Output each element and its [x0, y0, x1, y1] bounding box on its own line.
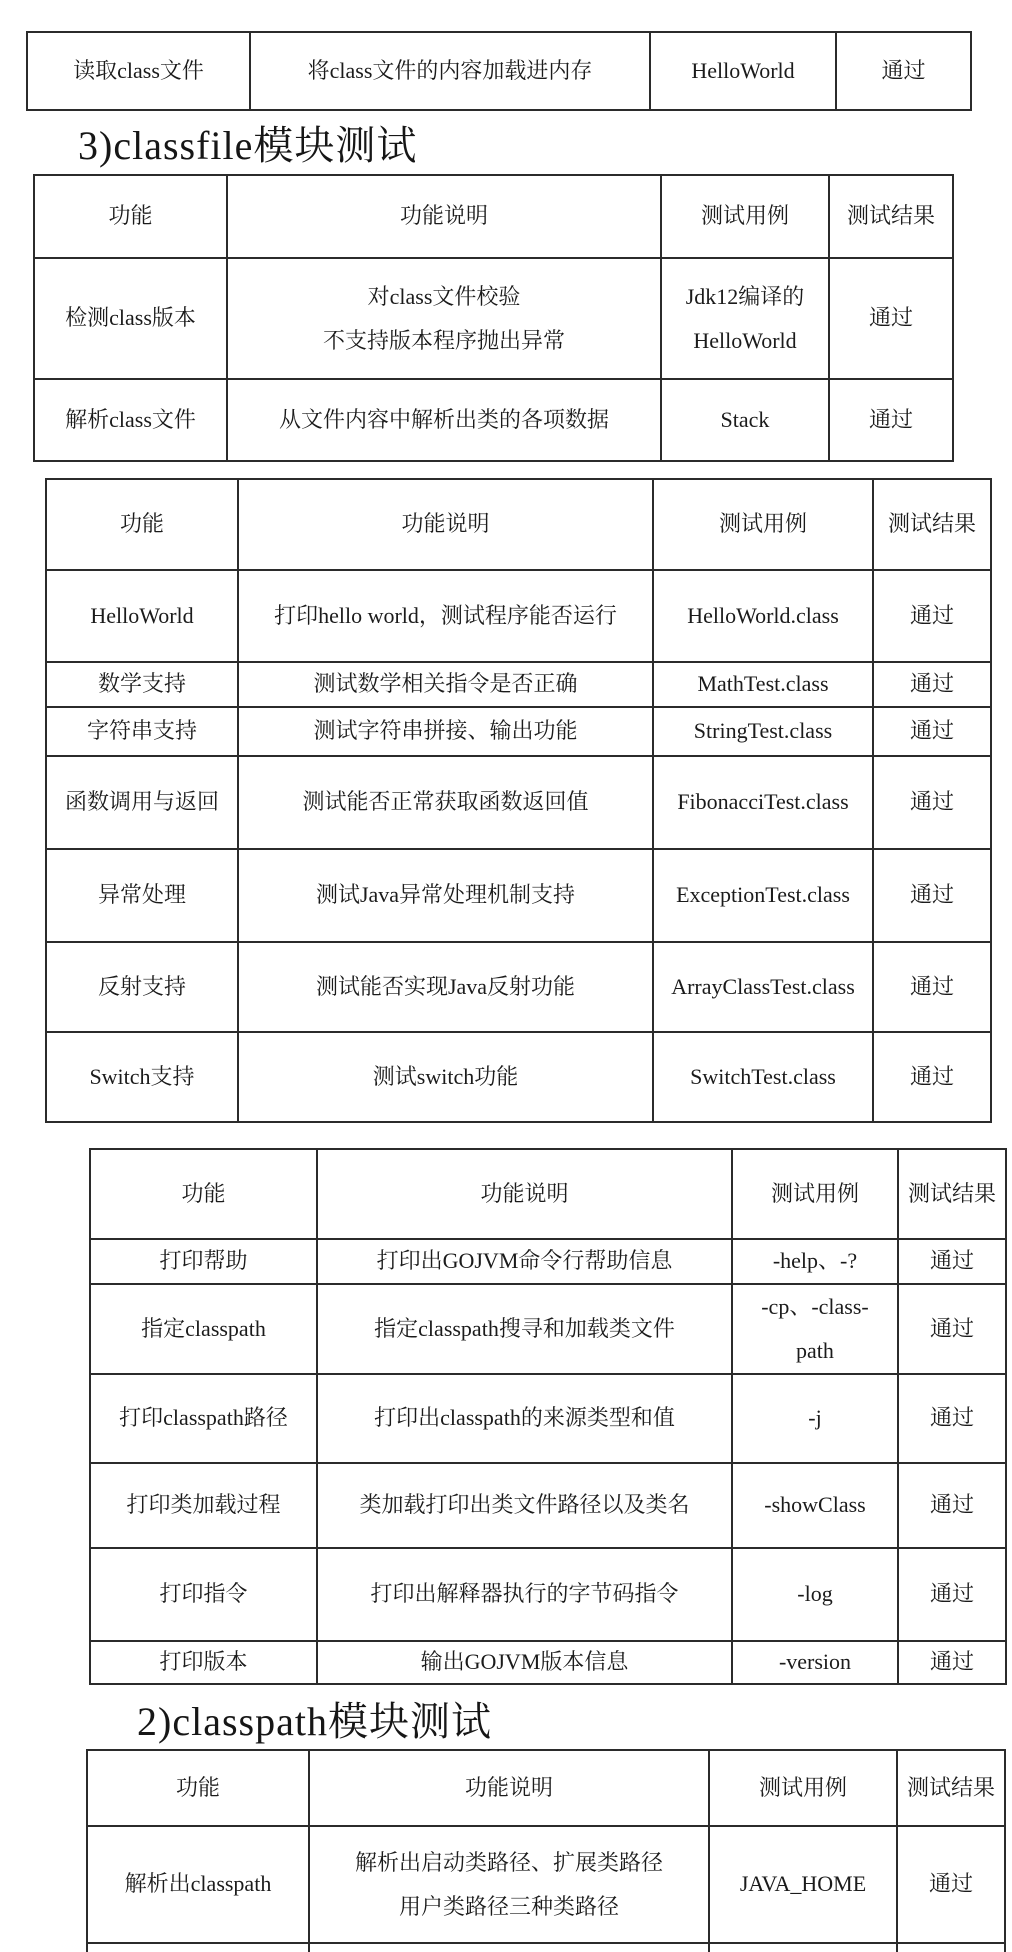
table-cell: -j: [732, 1374, 898, 1463]
table-cell: 从文件内容中解析出类的各项数据: [227, 379, 661, 461]
table-row: 打印classpath路径 打印出classpath的来源类型和值 -j 通过: [90, 1374, 1006, 1463]
table-cell: 通过: [873, 570, 991, 662]
table-cell: Jdk12编译的 HelloWorld: [661, 258, 829, 379]
table-cell: 检测class版本: [34, 258, 227, 379]
table-cell: 测试能否正常获取函数返回值: [238, 756, 653, 849]
table-cell: 测试switch功能: [238, 1032, 653, 1122]
table-header-row: 功能 功能说明 测试用例 测试结果: [46, 479, 991, 570]
table-cell: 通过: [873, 849, 991, 942]
table-cell: 指定classpath搜寻和加载类文件: [317, 1284, 732, 1374]
table-row: 反射支持 测试能否实现Java反射功能 ArrayClassTest.class…: [46, 942, 991, 1032]
table-cell: 打印指令: [90, 1548, 317, 1641]
table-row: 检测class版本 对class文件校验 不支持版本程序抛出异常 Jdk12编译…: [34, 258, 953, 379]
table-cell: 解析出启动类路径、扩展类路径 用户类路径三种类路径: [309, 1826, 709, 1943]
table-cell: 反射支持: [46, 942, 238, 1032]
table-loader-continuation: 读取class文件 将class文件的内容加载进内存 HelloWorld 通过: [26, 31, 970, 111]
table-cell: [897, 1943, 1005, 1952]
table-cell: 打印出classpath的来源类型和值: [317, 1374, 732, 1463]
table-classfile: 功能 功能说明 测试用例 测试结果 检测class版本 对class文件校验 不…: [33, 174, 952, 462]
table-row-clipped: [87, 1943, 1005, 1952]
column-header: 测试结果: [829, 175, 953, 258]
table-row: 打印指令 打印出解释器执行的字节码指令 -log 通过: [90, 1548, 1006, 1641]
table-cell: 通过: [829, 258, 953, 379]
table-cell: 打印出GOJVM命令行帮助信息: [317, 1239, 732, 1284]
table-cell: [87, 1943, 309, 1952]
table-cell: 通过: [873, 707, 991, 756]
column-header: 测试结果: [898, 1149, 1006, 1239]
table-cell: 通过: [836, 32, 971, 110]
table-cell: Switch支持: [46, 1032, 238, 1122]
table-cell: 打印classpath路径: [90, 1374, 317, 1463]
table-row: 读取class文件 将class文件的内容加载进内存 HelloWorld 通过: [27, 32, 971, 110]
table-row: 异常处理 测试Java异常处理机制支持 ExceptionTest.class …: [46, 849, 991, 942]
table-row: Switch支持 测试switch功能 SwitchTest.class 通过: [46, 1032, 991, 1122]
table-header-row: 功能 功能说明 测试用例 测试结果: [34, 175, 953, 258]
scanned-document-page: { "page": { "background": "#ffffff", "te…: [0, 0, 1012, 1952]
table-cell: HelloWorld: [650, 32, 836, 110]
table-row: 字符串支持 测试字符串拼接、输出功能 StringTest.class 通过: [46, 707, 991, 756]
section-title-classfile: 3)classfile模块测试: [78, 114, 417, 171]
section-title-classpath: 2)classpath模块测试: [137, 1690, 492, 1747]
table-cell: 测试能否实现Java反射功能: [238, 942, 653, 1032]
table-cell: 通过: [873, 942, 991, 1032]
table-cell: 打印hello world，测试程序能否运行: [238, 570, 653, 662]
table-cell: Stack: [661, 379, 829, 461]
table-cell: StringTest.class: [653, 707, 873, 756]
table-cell: 读取class文件: [27, 32, 250, 110]
table-row: HelloWorld 打印hello world，测试程序能否运行 HelloW…: [46, 570, 991, 662]
table-cell: 函数调用与返回: [46, 756, 238, 849]
table-cell: 通过: [898, 1463, 1006, 1548]
table-cmdline-options: 功能 功能说明 测试用例 测试结果 打印帮助 打印出GOJVM命令行帮助信息 -…: [89, 1148, 1005, 1685]
table-cell: 测试数学相关指令是否正确: [238, 662, 653, 707]
column-header: 功能: [46, 479, 238, 570]
table-cell: 打印版本: [90, 1641, 317, 1684]
table-row: 打印版本 输出GOJVM版本信息 -version 通过: [90, 1641, 1006, 1684]
table-cell: 打印帮助: [90, 1239, 317, 1284]
table-cell: 解析class文件: [34, 379, 227, 461]
table-cell: 数学支持: [46, 662, 238, 707]
column-header: 测试结果: [897, 1750, 1005, 1826]
table-cell: -version: [732, 1641, 898, 1684]
table-row: 解析出classpath 解析出启动类路径、扩展类路径 用户类路径三种类路径 J…: [87, 1826, 1005, 1943]
table-cell: FibonacciTest.class: [653, 756, 873, 849]
table-cell: ExceptionTest.class: [653, 849, 873, 942]
table-row: 函数调用与返回 测试能否正常获取函数返回值 FibonacciTest.clas…: [46, 756, 991, 849]
table-cell: 通过: [897, 1826, 1005, 1943]
table-classpath: 功能 功能说明 测试用例 测试结果 解析出classpath 解析出启动类路径、…: [86, 1749, 1004, 1952]
table-header-row: 功能 功能说明 测试用例 测试结果: [90, 1149, 1006, 1239]
table-row: 数学支持 测试数学相关指令是否正确 MathTest.class 通过: [46, 662, 991, 707]
table-cell: 打印类加载过程: [90, 1463, 317, 1548]
table-cell: 将class文件的内容加载进内存: [250, 32, 650, 110]
table-cell: 通过: [873, 756, 991, 849]
table-cell: 通过: [898, 1374, 1006, 1463]
table-cell: 通过: [873, 662, 991, 707]
table-row: 打印类加载过程 类加载打印出类文件路径以及类名 -showClass 通过: [90, 1463, 1006, 1548]
column-header: 功能说明: [238, 479, 653, 570]
table-cell: 通过: [829, 379, 953, 461]
table-row: 指定classpath 指定classpath搜寻和加载类文件 -cp、-cla…: [90, 1284, 1006, 1374]
table-cell: -help、-?: [732, 1239, 898, 1284]
table-cell: 测试Java异常处理机制支持: [238, 849, 653, 942]
table-header-row: 功能 功能说明 测试用例 测试结果: [87, 1750, 1005, 1826]
table-row: 解析class文件 从文件内容中解析出类的各项数据 Stack 通过: [34, 379, 953, 461]
table-cell: 通过: [898, 1239, 1006, 1284]
column-header: 功能说明: [317, 1149, 732, 1239]
table-cell: 打印出解释器执行的字节码指令: [317, 1548, 732, 1641]
table-cell: [709, 1943, 897, 1952]
table-cell: 通过: [898, 1284, 1006, 1374]
column-header: 功能: [87, 1750, 309, 1826]
table-row: 打印帮助 打印出GOJVM命令行帮助信息 -help、-? 通过: [90, 1239, 1006, 1284]
table-cell: JAVA_HOME: [709, 1826, 897, 1943]
column-header: 测试用例: [709, 1750, 897, 1826]
table-cell: [309, 1943, 709, 1952]
table-interpreter-features: 功能 功能说明 测试用例 测试结果 HelloWorld 打印hello wor…: [45, 478, 990, 1123]
table-cell: 字符串支持: [46, 707, 238, 756]
column-header: 功能: [90, 1149, 317, 1239]
table-cell: -log: [732, 1548, 898, 1641]
table-cell: HelloWorld: [46, 570, 238, 662]
column-header: 功能: [34, 175, 227, 258]
column-header: 测试用例: [732, 1149, 898, 1239]
table-cell: 指定classpath: [90, 1284, 317, 1374]
table-cell: 通过: [898, 1548, 1006, 1641]
table-cell: 输出GOJVM版本信息: [317, 1641, 732, 1684]
column-header: 功能说明: [309, 1750, 709, 1826]
table-cell: 对class文件校验 不支持版本程序抛出异常: [227, 258, 661, 379]
table-cell: 通过: [873, 1032, 991, 1122]
table-cell: 测试字符串拼接、输出功能: [238, 707, 653, 756]
column-header: 测试用例: [661, 175, 829, 258]
table-cell: -showClass: [732, 1463, 898, 1548]
column-header: 测试用例: [653, 479, 873, 570]
table-cell: 异常处理: [46, 849, 238, 942]
table-cell: 解析出classpath: [87, 1826, 309, 1943]
column-header: 功能说明: [227, 175, 661, 258]
column-header: 测试结果: [873, 479, 991, 570]
table-cell: 类加载打印出类文件路径以及类名: [317, 1463, 732, 1548]
table-cell: 通过: [898, 1641, 1006, 1684]
table-cell: MathTest.class: [653, 662, 873, 707]
table-cell: ArrayClassTest.class: [653, 942, 873, 1032]
table-cell: SwitchTest.class: [653, 1032, 873, 1122]
table-cell: HelloWorld.class: [653, 570, 873, 662]
table-cell: -cp、-class- path: [732, 1284, 898, 1374]
